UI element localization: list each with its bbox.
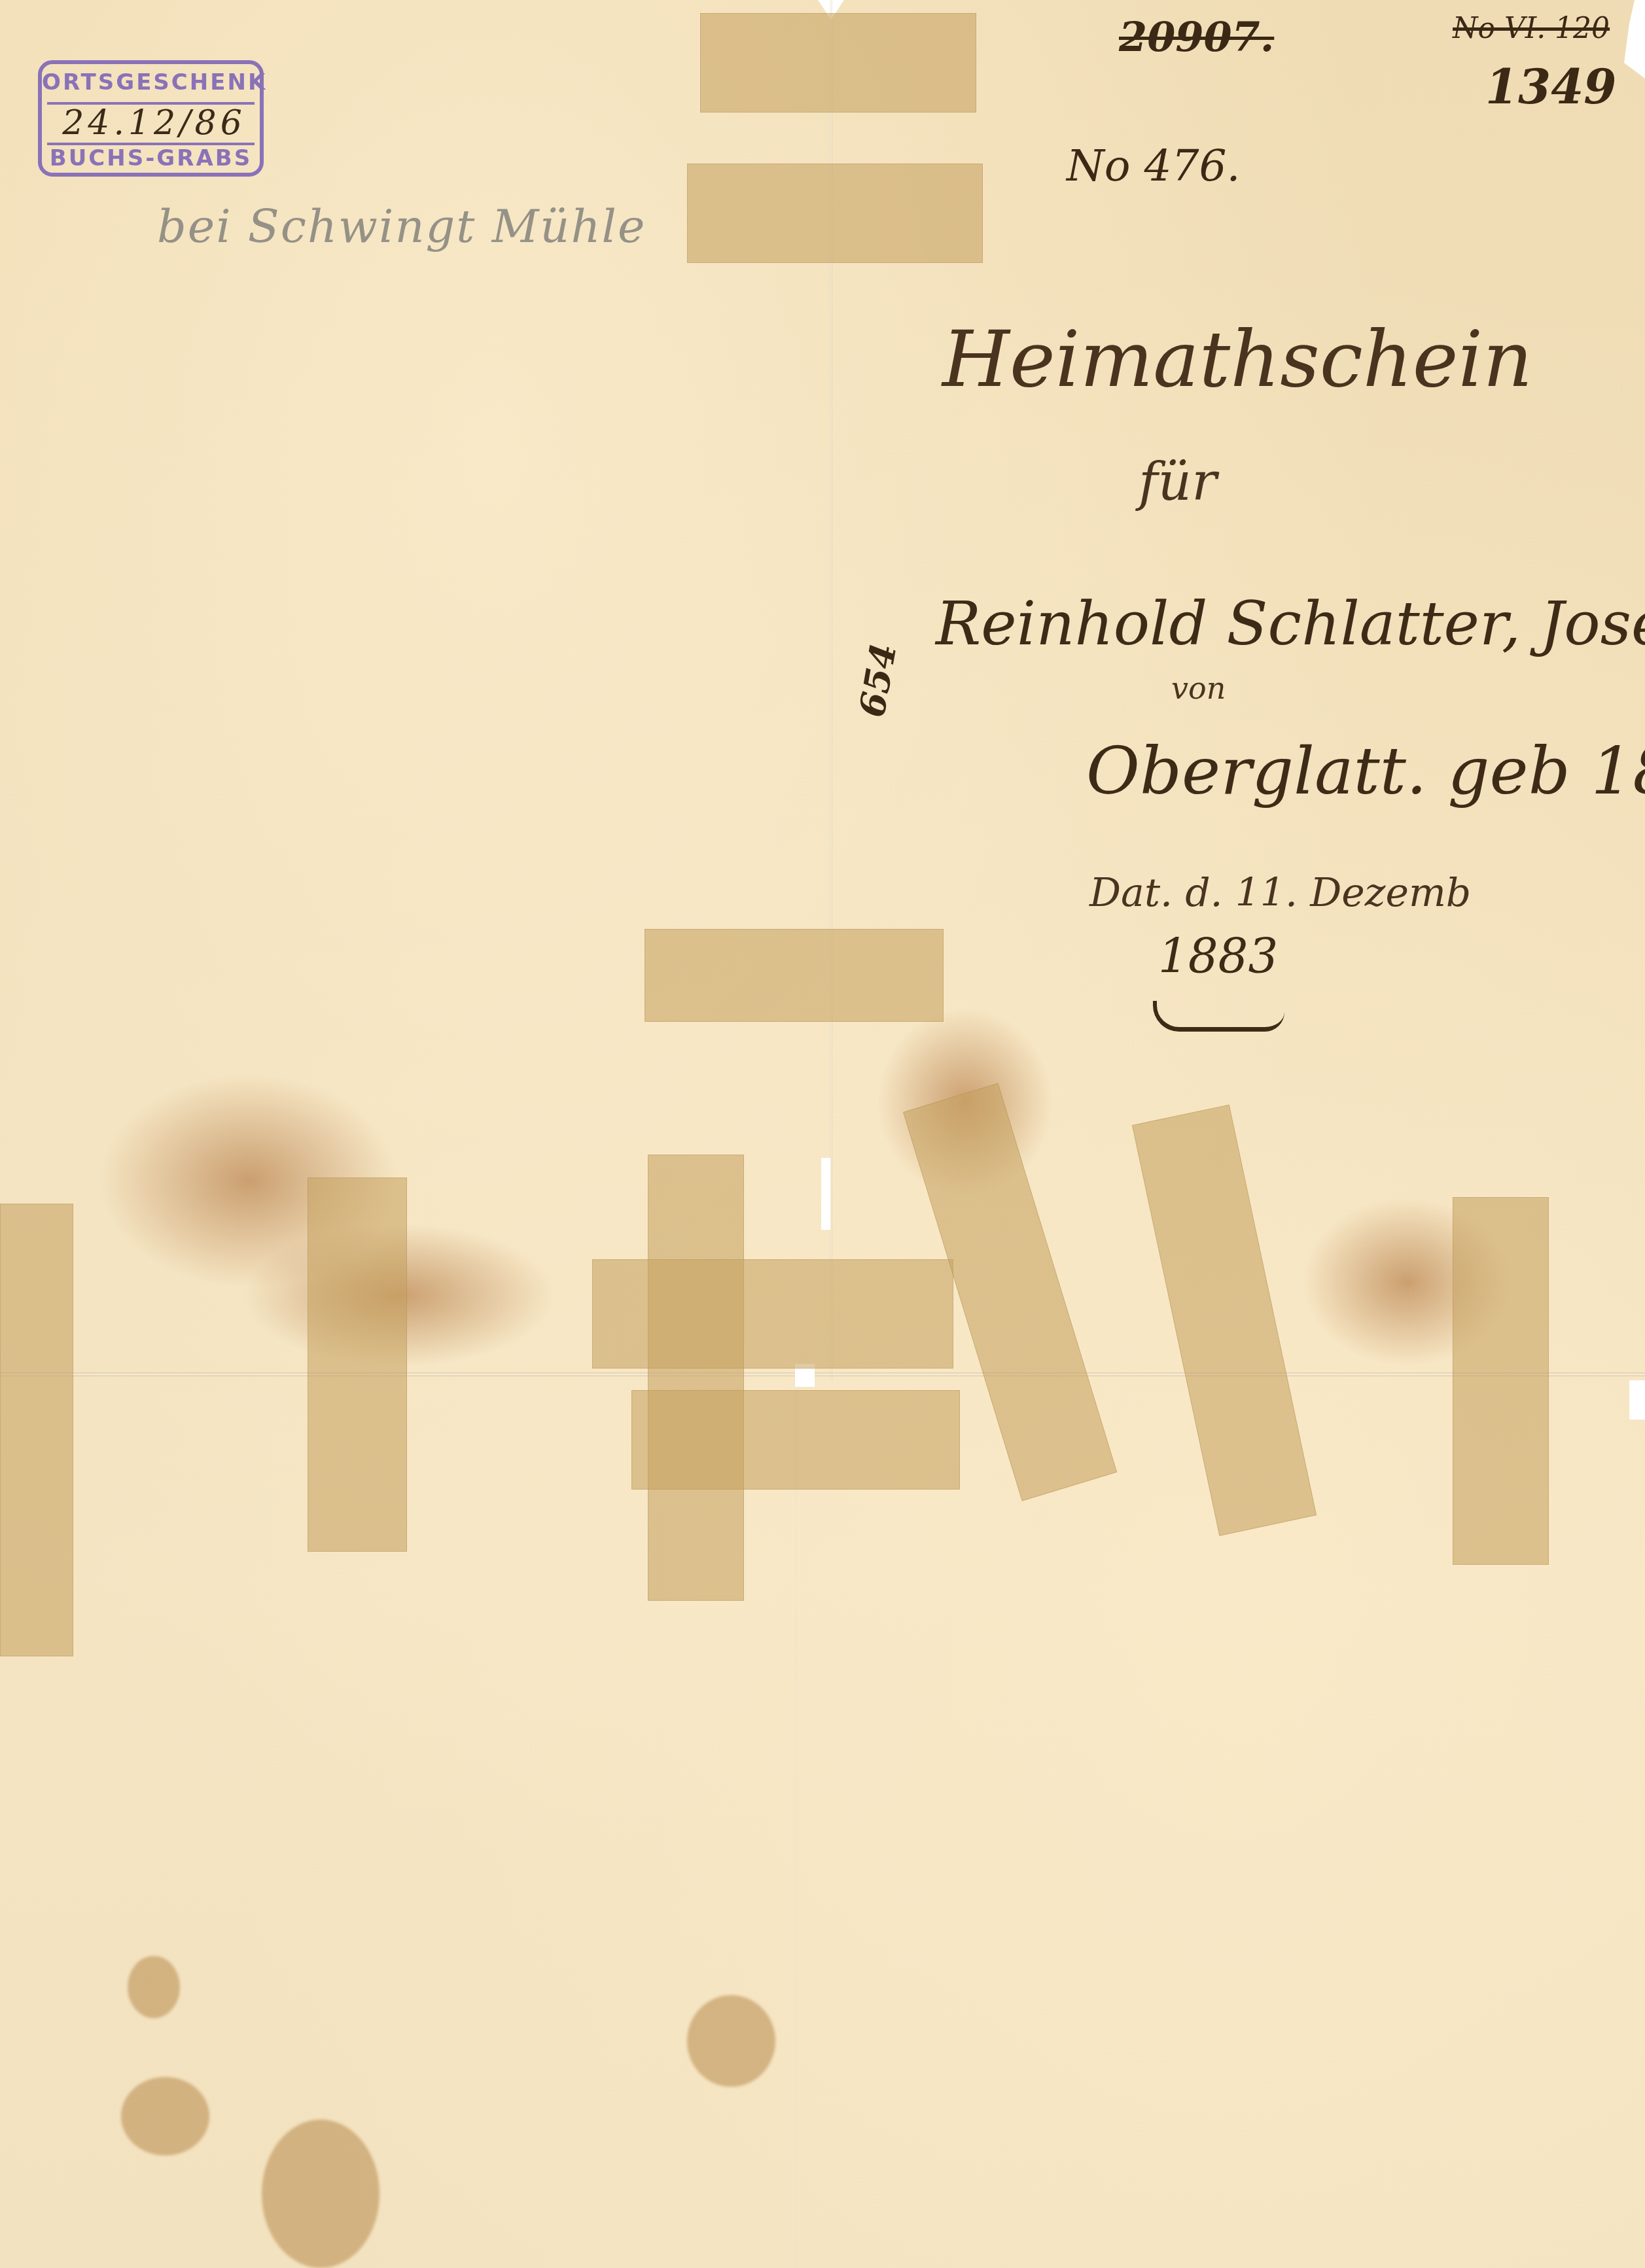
- tape-strip: [0, 1204, 73, 1656]
- horizontal-fold: [0, 1372, 1645, 1376]
- underline-flourish: [1153, 1001, 1284, 1032]
- side-number: 654: [851, 640, 905, 720]
- pencil-note: bei Schwingt Mühle: [157, 200, 646, 253]
- tape-strip: [687, 164, 983, 263]
- stamp-date: 24.12/86: [55, 103, 253, 143]
- document-sheet: ORTSGESCHENK 24.12/86 BUCHS-GRABS bei Sc…: [0, 0, 1645, 2268]
- from-label: von: [1171, 671, 1226, 706]
- municipal-stamp: ORTSGESCHENK 24.12/86 BUCHS-GRABS: [38, 60, 264, 177]
- dated-line: Dat. d. 11. Dezemb: [1089, 870, 1471, 916]
- stain: [128, 1956, 180, 2018]
- holder-name: Reinhold Schlatter, Joseph: [936, 589, 1645, 659]
- shelf-mark-struck: No VI. 120: [1453, 12, 1610, 45]
- tape-strip: [631, 1390, 960, 1490]
- document-number: No 476.: [1067, 141, 1240, 191]
- stain: [121, 2077, 209, 2155]
- tape-strip: [645, 929, 944, 1022]
- year: 1883: [1158, 929, 1278, 984]
- tape-strip: [700, 13, 976, 113]
- stain: [687, 1995, 775, 2087]
- torn-corner: [1619, 0, 1645, 79]
- tape-strip: [1453, 1197, 1549, 1565]
- stain: [262, 2120, 380, 2268]
- document-title: Heimathschein: [942, 314, 1532, 404]
- archive-number-struck: 20907.: [1119, 13, 1274, 61]
- tape-strip: [308, 1178, 407, 1552]
- vertical-fold-lower: [795, 1380, 797, 2268]
- tear: [821, 1158, 830, 1230]
- tape-strip: [648, 1155, 744, 1601]
- for-label: für: [1139, 451, 1216, 512]
- archive-number: 1349: [1485, 59, 1616, 114]
- tape-strip: [592, 1259, 953, 1369]
- tear: [1629, 1380, 1645, 1420]
- origin-and-birth: Oberglatt. geb 1866.: [1086, 733, 1645, 809]
- tape-strip: [1132, 1104, 1317, 1536]
- stamp-bottom-line: BUCHS-GRABS: [42, 145, 260, 171]
- stamp-top-line: ORTSGESCHENK: [42, 69, 260, 96]
